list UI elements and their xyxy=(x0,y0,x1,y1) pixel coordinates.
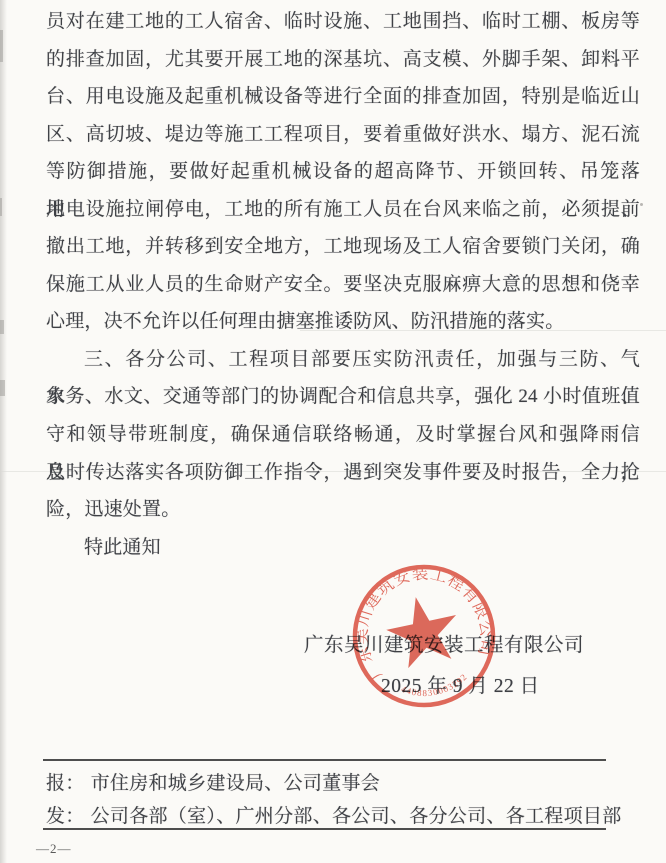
body-line-13: 及时传达落实各项防御工作指令，遇到突发事件要及时报告，全力抢 xyxy=(46,454,640,492)
body-line-4: 区、高切坡、堤边等施工工程项目，要着重做好洪水、塌方、泥石流 xyxy=(46,116,640,154)
body-line-6: 用电设施拉闸停电，工地的所有施工人员在台风来临之前，必须提前 xyxy=(46,191,640,229)
footer-dispatch-line: 发：公司各部（室）、广州分部、各公司、各分公司、各工程项目部 xyxy=(46,801,622,828)
body-line-8: 保施工从业人员的生命财产安全。要坚决克服麻痹大意的思想和侥幸 xyxy=(46,266,640,304)
dispatch-recipients: 公司各部（室）、广州分部、各公司、各分公司、各工程项目部 xyxy=(91,806,622,827)
report-recipients: 市住房和城乡建设局、公司董事会 xyxy=(91,773,381,794)
company-seal: 广东吴川建筑安装工程有限公司 4408830003292 xyxy=(335,547,513,725)
body-line-10: 三、各分公司、工程项目部要压实防汛责任，加强与三防、气象、 xyxy=(46,341,640,379)
document-page: 员对在建工地的工人宿舍、临时设施、工地围挡、临时工棚、板房等 的排查加固，尤其要… xyxy=(0,0,666,863)
footer-report-line: 报：市住房和城乡建设局、公司董事会 xyxy=(46,768,380,795)
body-line-11: 水务、水文、交通等部门的协调配合和信息共享，强化 24 小时值班值 xyxy=(46,378,640,416)
body-line-14: 险，迅速处置。 xyxy=(46,491,640,529)
body-line-5: 等防御措施，要做好起重机械设备的超高降节、开锁回转、吊笼落地、 xyxy=(46,153,640,191)
page-number: —2— xyxy=(36,841,72,857)
seal-code-text: 4408830003292 xyxy=(398,670,471,704)
closing-phrase: 特此通知 xyxy=(46,529,640,567)
footer-rule-top xyxy=(43,759,606,761)
footer-rule-bottom xyxy=(43,828,606,830)
body-line-7: 撤出工地，并转移到安全地方，工地现场及工人宿舍要锁门关闭，确 xyxy=(46,228,640,266)
body-line-9: 心理，决不允许以任何理由搪塞推诿防风、防汛措施的落实。 xyxy=(46,303,640,341)
dispatch-label: 发： xyxy=(46,806,85,827)
body-line-1: 员对在建工地的工人宿舍、临时设施、工地围挡、临时工棚、板房等 xyxy=(46,3,640,41)
body-line-12: 守和领导带班制度，确保通信联络畅通，及时掌握台风和强降雨信息， xyxy=(46,416,640,454)
report-label: 报： xyxy=(46,773,85,794)
body-line-3: 台、用电设施及起重机械设备等进行全面的排查加固，特别是临近山 xyxy=(46,78,640,116)
star-icon xyxy=(381,590,465,671)
scan-artifact xyxy=(640,203,643,206)
scan-edge-artifact xyxy=(0,0,7,863)
body-line-2: 的排查加固，尤其要开展工地的深基坑、高支模、外脚手架、卸料平 xyxy=(46,41,640,79)
document-body: 员对在建工地的工人宿舍、临时设施、工地围挡、临时工棚、板房等 的排查加固，尤其要… xyxy=(46,3,640,566)
